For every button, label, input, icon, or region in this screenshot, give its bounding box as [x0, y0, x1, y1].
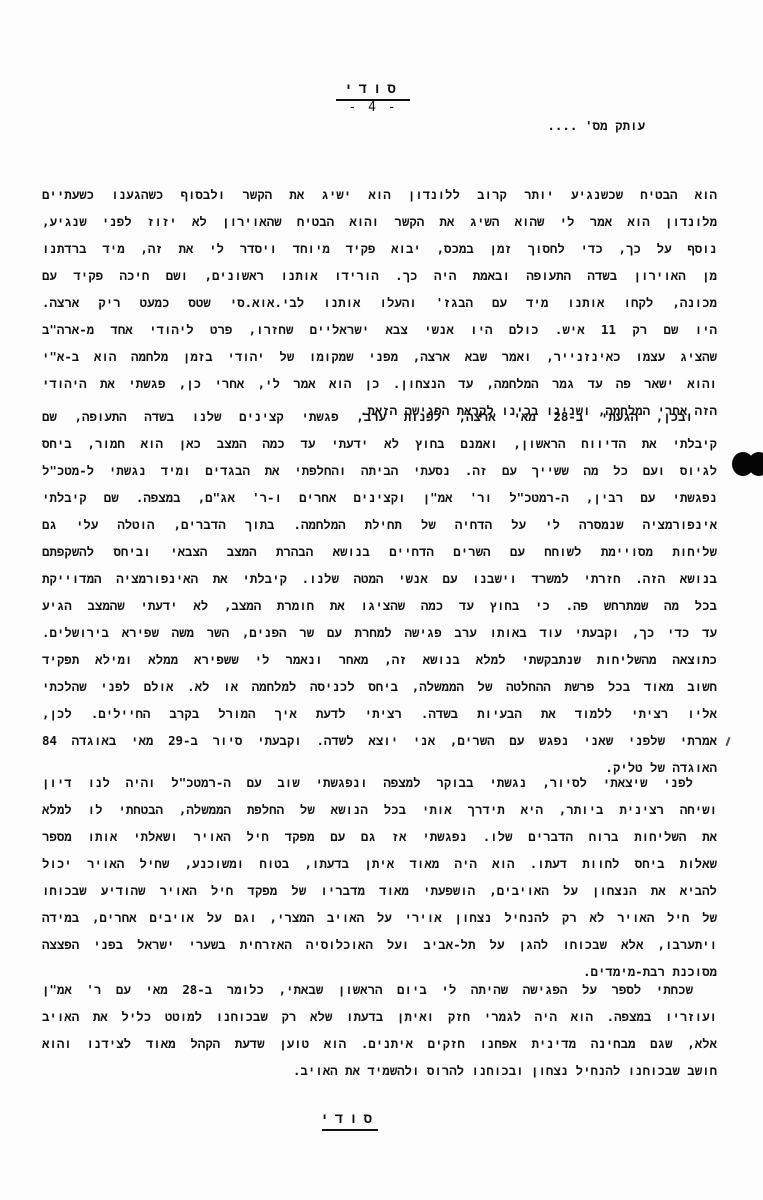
- text-line: כתוצאה מהשליחות שנתבקשתי למלא בנושא זה, …: [42, 646, 717, 673]
- text-line: בכל מה שמתרחש פה. כי בחוץ עד כמה שהציגו …: [42, 592, 717, 619]
- text-line: לגיוס ועם כל מה ששייך עם זה. נסעתי הביתה…: [42, 457, 717, 484]
- text-line: חשוב מאוד בכל פרשת ההחלטה של הממשלה, ביח…: [42, 673, 717, 700]
- text-line: מן האוירון בשדה התעופה ובאמת היה כך. הור…: [42, 262, 717, 289]
- text-line: להביא את הנצחון על האויבים, הושפעתי מאוד…: [42, 877, 717, 904]
- copy-number: עותק מס' ....: [547, 118, 645, 134]
- text-line: נוסף על כך, כדי לחסוך זמן במכס, יבוא פקי…: [42, 235, 717, 262]
- text-line: נפגשתי עם רבין, ה-רמטכ"ל ור' אמ"ן וקציני…: [42, 484, 717, 511]
- text-line: מלונדון הוא אמר לי שהוא השיג את הקשר והו…: [42, 208, 717, 235]
- text-line: הוא הבטיח שכשנגיע יותר קרוב ללונדון הוא …: [42, 181, 717, 208]
- text-line: שכחתי לספר על הפגישה שהיתה לי ביום הראשו…: [42, 976, 717, 1003]
- text-line: לפני שיצאתי לסיור, נגשתי בבוקר למצפה ונפ…: [42, 769, 717, 796]
- text-line: עד כדי כך, וקבעתי עוד באותו ערב פגישה למ…: [42, 619, 717, 646]
- paragraph-4: שכחתי לספר על הפגישה שהיתה לי ביום הראשו…: [42, 976, 717, 1084]
- paragraph-3: לפני שיצאתי לסיור, נגשתי בבוקר למצפה ונפ…: [42, 769, 717, 985]
- text-line: מכונה, לקחו אותנו מיד עם הבגז' והעלו אות…: [42, 289, 717, 316]
- text-line: שהציג עצמו כאינזנייר, ואמר שבא ארצה, מפנ…: [42, 343, 717, 370]
- text-line: אמרתי שלפני שאני נפגש עם השרים, אני יוצא…: [42, 727, 717, 754]
- text-line: והוא ישאר פה עד גמר המלחמה, עד הנצחון. כ…: [42, 370, 717, 397]
- ink-blot-icon: [732, 452, 763, 476]
- paragraph-2: ובכן, הגעתי ב-28 מאי ארצה, לפנות ערב, פג…: [42, 403, 717, 781]
- text-line: היו שם רק 11 איש. כולם היו אנשי צבא ישרא…: [42, 316, 717, 343]
- text-line: חושב שבכוחנו להנחיל נצחון ובכוחנו להרוס …: [42, 1057, 717, 1084]
- text-line: שליחות מסויימת לשוחח עם השרים הדחיים בנו…: [42, 538, 717, 565]
- text-line: אליו רציתי ללמוד את הבעיות בשדה. רציתי ל…: [42, 700, 717, 727]
- paragraph-1: הוא הבטיח שכשנגיע יותר קרוב ללונדון הוא …: [42, 181, 717, 424]
- pen-mark-icon: [726, 737, 731, 746]
- classification-header: סודי: [336, 80, 410, 101]
- text-line: ובכן, הגעתי ב-28 מאי ארצה, לפנות ערב, פג…: [42, 403, 717, 430]
- classification-footer: סודי: [322, 1110, 378, 1131]
- text-line: בנושא הזה. חזרתי למשרד וישבנו עם אנשי המ…: [42, 565, 717, 592]
- text-line: של חיל האויר לא רק להנחיל נצחון אוירי על…: [42, 904, 717, 931]
- text-line: ויתערבו, אלא שבכוחו להגן על תל-אביב ועל …: [42, 931, 717, 958]
- text-line: אלא, שגם מבחינה מדינית אפחנו חזקים איתני…: [42, 1030, 717, 1057]
- text-line: את השליחות ברוח הדברים שלו. נפגשתי אז גם…: [42, 823, 717, 850]
- text-line: קיבלתי את הדיווח הראשון, ואמנם בחוץ לא י…: [42, 430, 717, 457]
- text-line: שאלות ביחס לחוות דעתו. הוא היה מאוד איתן…: [42, 850, 717, 877]
- text-line: ועוזריו במצפה. הוא היה לגמרי חזק ואיתן ב…: [42, 1003, 717, 1030]
- text-line: ושיחה רצינית ביותר, היא תידרך אותי בכל ה…: [42, 796, 717, 823]
- text-line: אינפורמציה שנמסרה לי על הדחיה של תחילת ה…: [42, 511, 717, 538]
- page-number: - 4 -: [336, 100, 410, 115]
